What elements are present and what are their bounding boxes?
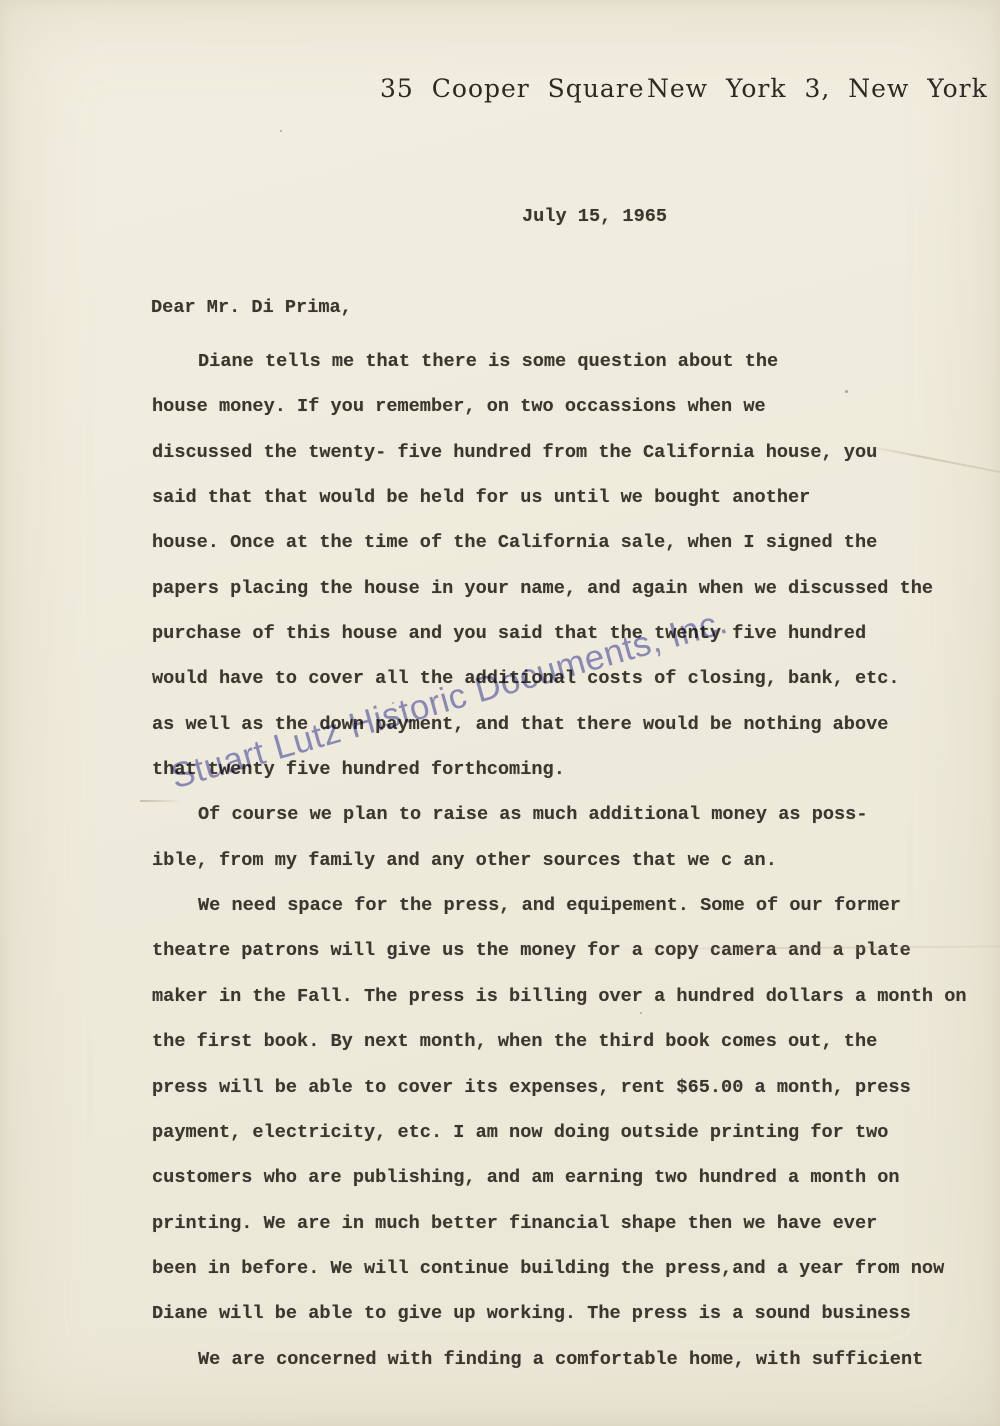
letter-page: 35 Cooper Square New York 3, New York Ju… (0, 0, 1000, 1426)
letter-line: theatre patrons will give us the money f… (152, 928, 998, 973)
letter-line: papers placing the house in your name, a… (152, 566, 998, 611)
letter-line: Diane will be able to give up working. T… (152, 1291, 998, 1336)
letter-line: said that that would be held for us unti… (152, 475, 998, 520)
letter-line: payment, electricity, etc. I am now doin… (152, 1110, 998, 1155)
letter-line: house. Once at the time of the Californi… (152, 520, 998, 565)
letter-line: press will be able to cover its expenses… (152, 1065, 998, 1110)
letter-body: Diane tells me that there is some questi… (152, 339, 998, 1382)
letter-line: maker in the Fall. The press is billing … (152, 974, 998, 1019)
paper-speck (845, 390, 848, 393)
paper-speck (640, 1012, 642, 1014)
letter-line: the first book. By next month, when the … (152, 1019, 998, 1064)
letter-line: Diane tells me that there is some questi… (152, 339, 998, 384)
letter-line: been in before. We will continue buildin… (152, 1246, 998, 1291)
letter-line: house money. If you remember, on two occ… (152, 384, 998, 429)
letterhead-address: 35 Cooper Square (380, 74, 645, 103)
letter-line: customers who are publishing, and am ear… (152, 1155, 998, 1200)
letter-line: discussed the twenty- five hundred from … (152, 430, 998, 475)
letter-line: ible, from my family and any other sourc… (152, 838, 998, 883)
letter-line: Of course we plan to raise as much addit… (152, 792, 998, 837)
letterhead-city: New York 3, New York (647, 74, 988, 103)
letter-line: We need space for the press, and equipem… (152, 883, 998, 928)
letter-line: We are concerned with finding a comforta… (152, 1337, 998, 1382)
letter-line: printing. We are in much better financia… (152, 1201, 998, 1246)
letter-salutation: Dear Mr. Di Prima, (151, 297, 352, 318)
paper-speck (280, 130, 282, 132)
letter-date: July 15, 1965 (522, 206, 667, 227)
